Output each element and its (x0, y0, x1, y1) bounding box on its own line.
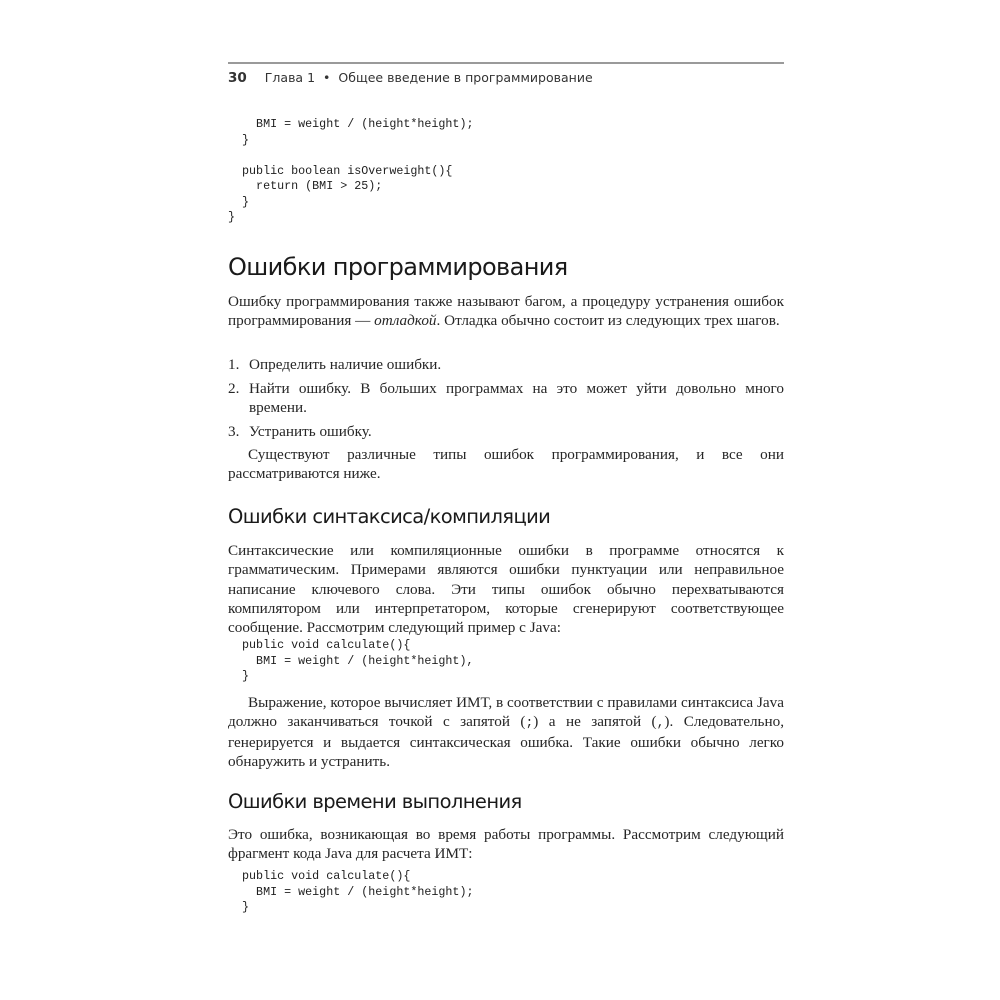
section-heading-programming-errors: Ошибки программирования (228, 253, 568, 281)
page-number: 30 (228, 70, 247, 86)
code-block-runtime-example: public void calculate(){ BMI = weight / … (228, 869, 473, 916)
debugging-steps-list: 1.Определить наличие ошибки. 2.Найти оши… (228, 355, 784, 446)
code-line: } (228, 669, 249, 683)
code-line: public boolean isOverweight(){ (228, 164, 452, 178)
running-header-text: 30Глава 1•Общее введение в программирова… (228, 70, 593, 86)
code-line: BMI = weight / (height*height); (228, 885, 473, 899)
bullet-separator: • (323, 70, 330, 85)
list-number: 2. (228, 379, 239, 398)
paragraph-syntax-explanation: Выражение, которое вычисляет ИМТ, в соот… (228, 693, 784, 771)
section-heading-syntax-errors: Ошибки синтаксиса/компиляции (228, 505, 550, 528)
list-item: 3.Устранить ошибку. (228, 422, 784, 441)
code-line: BMI = weight / (height*height), (228, 654, 473, 668)
chapter-label: Глава 1 (265, 70, 315, 85)
code-line: } (228, 900, 249, 914)
list-number: 1. (228, 355, 239, 374)
chapter-title: Общее введение в программирование (338, 70, 592, 85)
code-line: BMI = weight / (height*height); (228, 117, 473, 131)
text-run: ) а не запятой ( (533, 713, 656, 730)
list-item: 2.Найти ошибку. В больших программах на … (228, 379, 784, 418)
section-heading-runtime-errors: Ошибки времени выполнения (228, 790, 522, 813)
code-line: } (228, 195, 249, 209)
emphasis-debugging: отладкой (374, 312, 436, 329)
code-line: } (228, 133, 249, 147)
list-number: 3. (228, 422, 239, 441)
text-run: . Отладка обычно состоит из следующих тр… (437, 312, 780, 329)
list-item-text: Устранить ошибку. (249, 423, 372, 440)
code-line: } (228, 210, 235, 224)
list-item: 1.Определить наличие ошибки. (228, 355, 784, 374)
list-item-text: Определить наличие ошибки. (249, 356, 441, 373)
code-line: public void calculate(){ (228, 869, 410, 883)
code-block-syntax-example: public void calculate(){ BMI = weight / … (228, 638, 473, 685)
code-line: public void calculate(){ (228, 638, 410, 652)
paragraph-syntax-intro: Синтаксические или компиляционные ошибки… (228, 541, 784, 637)
code-block-bmi-class: BMI = weight / (height*height); } public… (228, 117, 473, 226)
running-header: 30Глава 1•Общее введение в программирова… (228, 62, 784, 64)
paragraph-runtime-intro: Это ошибка, возникающая во время работы … (228, 825, 784, 864)
paragraph-error-types: Существуют различные типы ошибок програм… (228, 445, 784, 484)
list-item-text: Найти ошибку. В больших программах на эт… (249, 380, 784, 416)
code-line: return (BMI > 25); (228, 179, 382, 193)
paragraph-debugging-intro: Ошибку программирования также называют б… (228, 292, 784, 331)
